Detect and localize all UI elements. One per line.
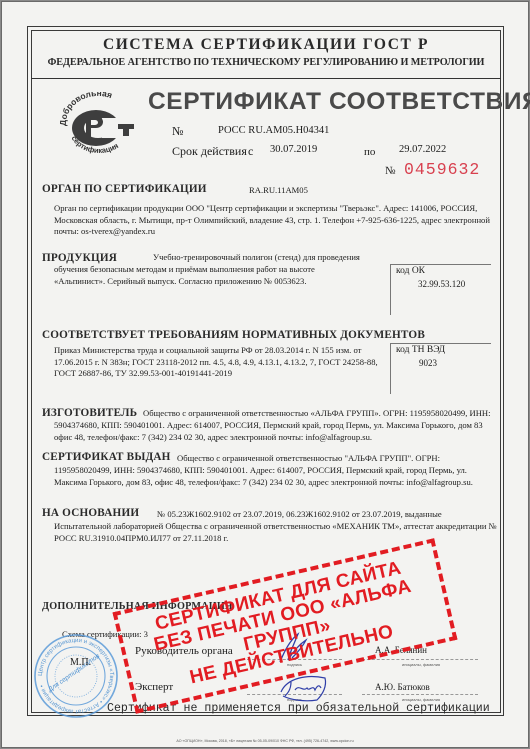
tnved-code-box: код ТН ВЭД 9023 (390, 343, 491, 394)
manufacturer-heading: ИЗГОТОВИТЕЛЬ (42, 407, 137, 419)
conformity-heading: СООТВЕТСТВУЕТ ТРЕБОВАНИЯМ НОРМАТИВНЫХ ДО… (42, 329, 425, 341)
certificate-number: РОСС RU.AM05.H04341 (218, 125, 329, 136)
printer-info: АО «ОПЦИОН», Москва, 2018, «Б» лицензия … (2, 739, 528, 743)
system-title: СИСТЕМА СЕРТИФИКАЦИИ ГОСТ Р (31, 36, 501, 54)
header-divider (31, 78, 501, 79)
conformity-text: Приказ Министерства труда и социальной з… (54, 345, 386, 380)
validity-label: Срок действия (172, 144, 247, 159)
expert-name-line (362, 694, 478, 695)
number-label: № (172, 124, 183, 139)
certificate-title: СЕРТИФИКАТ СООТВЕТСТВИЯ (148, 88, 530, 116)
rst-logo-icon: Добровольная сертификация (58, 92, 142, 158)
tnved-code-value: 9023 (419, 358, 437, 368)
valid-to: 29.07.2022 (399, 144, 446, 155)
product-text-first: Учебно-тренировочный полигон (стенд) для… (153, 252, 360, 264)
blank-number-label: № (385, 165, 396, 177)
certification-body-text: Орган по сертификации продукции ООО "Цен… (54, 203, 494, 238)
blank-serial-number: 0459632 (404, 160, 480, 179)
product-heading: ПРОДУКЦИЯ (42, 252, 117, 264)
certification-body-heading: ОРГАН ПО СЕРТИФИКАЦИИ (42, 183, 207, 195)
from-label: с (248, 144, 253, 159)
certificate-sheet: СИСТЕМА СЕРТИФИКАЦИИ ГОСТ Р ФЕДЕРАЛЬНОЕ … (1, 1, 529, 748)
expert-name: А.Ю. Батюков (375, 682, 430, 692)
okp-code-label: код ОК (396, 266, 425, 276)
issued-to-heading: СЕРТИФИКАТ ВЫДАН (42, 451, 171, 463)
seal-placeholder: М.П. (70, 657, 91, 668)
head-name-line (362, 659, 478, 660)
manufacturer-text: 5904374680, КПП: 590401001. Адрес: 61400… (54, 420, 494, 443)
valid-from: 30.07.2019 (270, 144, 317, 155)
agency-title: ФЕДЕРАЛЬНОЕ АГЕНТСТВО ПО ТЕХНИЧЕСКОМУ РЕ… (31, 57, 501, 68)
issued-to-text-first: Общество с ограниченной ответственностью… (177, 453, 440, 465)
product-text: обучения безопасным методам и приёмам вы… (54, 264, 329, 287)
certification-body-code: RA.RU.11AM05 (249, 185, 308, 195)
manufacturer-text-first: Общество с ограниченной ответственностью… (143, 408, 491, 420)
to-label: по (364, 146, 375, 158)
issued-to-text: 1195958020499, ИНН: 5904374680, КПП: 590… (54, 465, 494, 488)
basis-heading: НА ОСНОВАНИИ (42, 507, 139, 519)
basis-text-first: № 05.23Ж1602.9102 от 23.07.2019, 06.23Ж1… (157, 509, 442, 521)
okp-code-value: 32.99.53.120 (418, 279, 465, 289)
head-name-caption: инициалы, фамилия (402, 662, 440, 667)
tnved-code-label: код ТН ВЭД (396, 345, 445, 355)
okp-code-box: код ОК 32.99.53.120 (390, 264, 491, 315)
